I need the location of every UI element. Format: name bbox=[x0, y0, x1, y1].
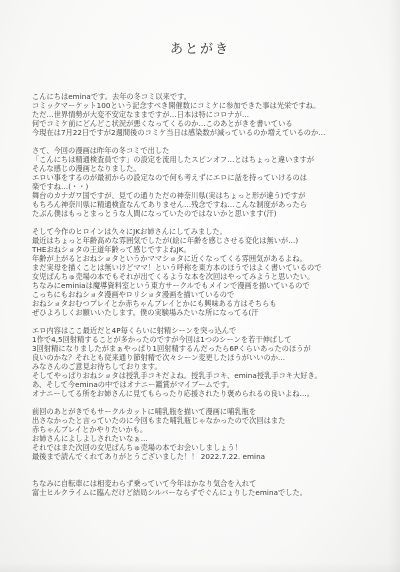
text-line: ちなみにeminiaは魔導資料室という東方サークルでもメインで漫画を描いているの… bbox=[32, 281, 382, 290]
text-line: そんな感じの漫画となりました。 bbox=[32, 164, 382, 173]
paragraph-story-setting: さて、今回の漫画は昨年の冬コミで出した 「こんにちは精通検査員です」の設定を流用… bbox=[32, 146, 382, 218]
text-line: あ、そして今eminaの中ではオナニー鑑賞がマイブームです。 bbox=[32, 380, 382, 389]
text-line: エロ内容はここ最近だと4P毎くらいに射精シーンを突っ込んで bbox=[32, 326, 382, 335]
text-line: みなさんのご意見お待ちしております。 bbox=[32, 362, 382, 371]
text-line: こっちにもおねショタ漫画やロリショタ漫画を描いているので bbox=[32, 290, 382, 299]
text-line: おねショタおむつプレイとか赤ちゃんプレイとかにも興味ある方はそちらも bbox=[32, 299, 382, 308]
text-line: 今現在は7月22日ですが2週間後のコミケ当日は感染数が減っているのか増えているの… bbox=[32, 128, 382, 137]
page-title: あとがき bbox=[0, 38, 400, 57]
text-line: 赤ちゃんプレイとかやりたいかも。 bbox=[32, 425, 382, 434]
text-line: 前回のあとがきでもサークルカットに哺乳瓶を描いて漫画に哺乳瓶を bbox=[32, 407, 382, 416]
text-line: 楽ですね…(・・) bbox=[32, 182, 382, 191]
text-line: たぶん僕はもっとまっとうな人間になっていたのではないかと思います(汗) bbox=[32, 209, 382, 218]
text-line: コミックマーケット100という記念すべき開催数にコミケに参加できた事は光栄ですね… bbox=[32, 101, 382, 110]
text-line: 出さなかったと言っていたのに今回もまた哺乳瓶じゃなかったので次回はまた bbox=[32, 416, 382, 425]
text-line: お姉さんによしよしされたいなぁ… bbox=[32, 434, 382, 443]
text-line: そしてやっぱりおねショタは授乳手コキだよね。授乳手コキ、emina授乳手コキ大好… bbox=[32, 371, 382, 380]
paragraph-postscript: ちなみに自転車には相変わらず乗っていて今年はかなり気合を入れて 富士ヒルクライム… bbox=[32, 479, 382, 497]
paragraph-closing: 前回のあとがきでもサークルカットに哺乳瓶を描いて漫画に哺乳瓶を 出さなかったと言… bbox=[32, 407, 382, 461]
text-line: エロい事をするのが最初からの設定なので何も考えずにエロに話を持っていけるのは bbox=[32, 173, 382, 182]
text-line: ぜひよろしくお願いいたします。僕の実験場みたいな所になってる(汗 bbox=[32, 308, 382, 317]
text-line: 富士ヒルクライムに臨んだけど結局シルバーならずでぐんにょりしたeminaでした。 bbox=[32, 488, 382, 497]
page-edge-shadow bbox=[388, 0, 400, 572]
text-line: 3回射精になりましたがまぁやっぱり1回射精するんだったら6Pくらいあったのほうが bbox=[32, 344, 382, 353]
text-line: 舞台のカナガワ国ですが、見ての通りただの神奈川県(実はちょっと形が違う)ですが bbox=[32, 191, 382, 200]
text-line: こんにちはeminaです。去年の冬コミ以来です。 bbox=[32, 92, 382, 101]
text-line: ただ…世界情勢が大変不安定なままですが…日本は特にコロナが… bbox=[32, 110, 382, 119]
text-line: それではまた次回の女児ぱんちゅ売場の本でお会いしましょう！ bbox=[32, 443, 382, 452]
text-line: 女児ぱんちゅ売場の本でもそれが出てくるような本を次回はやってみようと思いたい。 bbox=[32, 272, 382, 281]
paragraph-greeting: こんにちはeminaです。去年の冬コミ以来です。 コミックマーケット100という… bbox=[32, 92, 382, 137]
text-line: 1作で4,5回射精することが多かったのですが今回は1つのシーンを若干伸ばして bbox=[32, 335, 382, 344]
text-line: 「こんにちは精通検査員です」の設定を流用したスピンオフ…とはちょっと違いますが bbox=[32, 155, 382, 164]
paragraph-content: エロ内容はここ最近だと4P毎くらいに射精シーンを突っ込んで 1作で4,5回射精す… bbox=[32, 326, 382, 398]
text-line: オナニーしてる所をお姉さんに見てもらったり応援されたり褒められるの良いよね…。 bbox=[32, 389, 382, 398]
text-line: 何でコミケ前にどんどこ状況が悪くなってくるのか…このあとがきを書いている bbox=[32, 119, 382, 128]
paragraph-heroine: そして今作のヒロインは久々にJKお姉さんにしてみました。 最近はちょっと年齢高め… bbox=[32, 227, 382, 317]
text-line: 最近はちょっと年齢高めな雰囲気でしたが(絵に年齢を感じさせる変化は無いが…) bbox=[32, 236, 382, 245]
afterword-body: こんにちはeminaです。去年の冬コミ以来です。 コミックマーケット100という… bbox=[32, 92, 382, 506]
text-line: まだ実母を描くことは無いけどママ！という呼称を東方本のほうではよく書いているので bbox=[32, 263, 382, 272]
signature-line: 最後まで読んでくれてありがとうございました！！ 2022.7.22. emina bbox=[32, 452, 382, 461]
text-line: もちろん神奈川県に精通検査なんてありません…残念ですね…こんな制度があったら bbox=[32, 200, 382, 209]
page-bottom-shadow bbox=[0, 562, 400, 572]
text-line: そして今作のヒロインは久々にJKお姉さんにしてみました。 bbox=[32, 227, 382, 236]
text-line: さて、今回の漫画は昨年の冬コミで出した bbox=[32, 146, 382, 155]
text-line: THEおねショタの王道年齢って感じですよねJK。 bbox=[32, 245, 382, 254]
text-line: 良いのかな？それとも従来通り節射精で次々シーン変更したほうがいいのか… bbox=[32, 353, 382, 362]
text-line: ちなみに自転車には相変わらず乗っていて今年はかなり気合を入れて bbox=[32, 479, 382, 488]
document-page: あとがき こんにちはeminaです。去年の冬コミ以来です。 コミックマーケット1… bbox=[0, 0, 400, 572]
text-line: 年齢が上がるとおねショタというかママショタに近くなってくる雰囲気があるよね。 bbox=[32, 254, 382, 263]
